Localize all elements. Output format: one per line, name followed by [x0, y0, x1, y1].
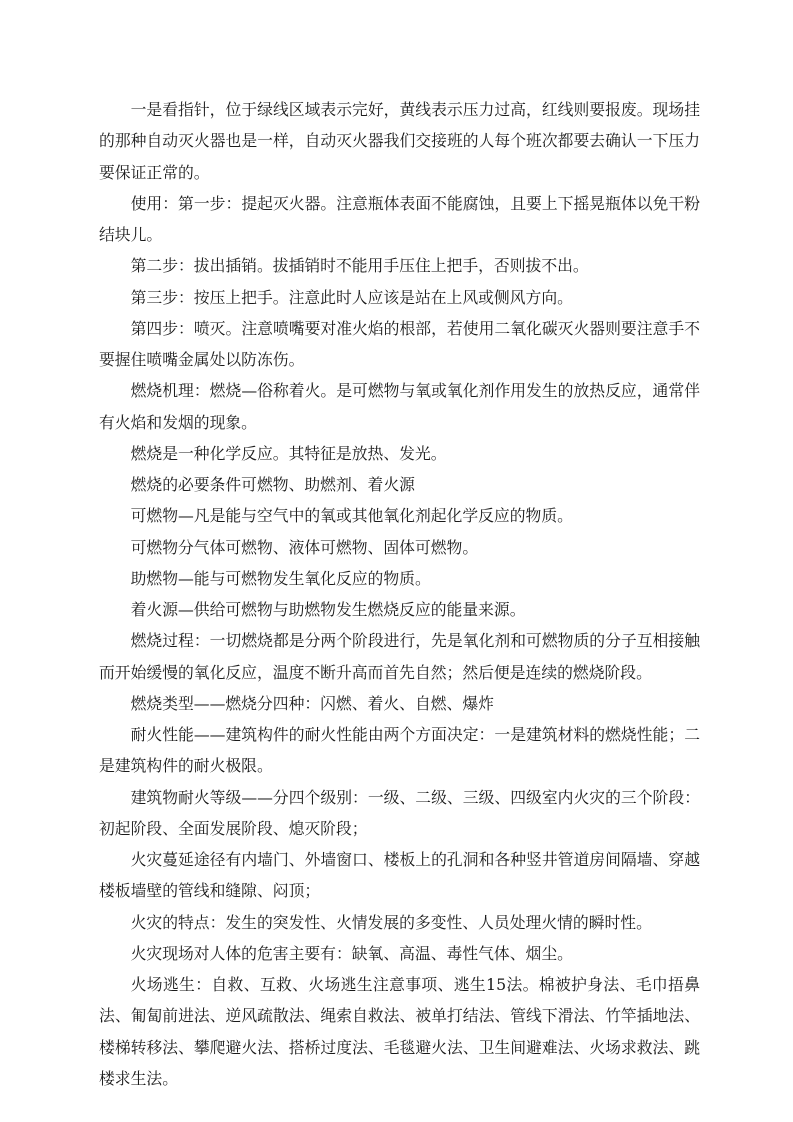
document-page: 一是看指针，位于绿线区域表示完好，黄线表示压力过高，红线则要报废。现场挂的那种自… [99, 94, 700, 1094]
paragraph-fire-spread: 火灾蔓延途径有内墙门、外墙窗口、楼板上的孔洞和各种竖井管道房间隔墙、穿越楼板墙壁… [99, 844, 700, 907]
paragraph-combustion-types: 燃烧类型——燃烧分四种：闪燃、着火、自燃、爆炸 [99, 688, 700, 719]
paragraph-combustible-types: 可燃物分气体可燃物、液体可燃物、固体可燃物。 [99, 532, 700, 563]
paragraph-fire-rating: 建筑物耐火等级——分四个级别：一级、二级、三级、四级室内火灾的三个阶段：初起阶段… [99, 782, 700, 845]
paragraph-usage-step-3: 第三步：按压上把手。注意此时人应该是站在上风或侧风方向。 [99, 282, 700, 313]
paragraph-fire-hazards: 火灾现场对人体的危害主要有：缺氧、高温、毒性气体、烟尘。 [99, 938, 700, 969]
paragraph-usage-step-1: 使用：第一步：提起灭火器。注意瓶体表面不能腐蚀，且要上下摇晃瓶体以免干粉结块儿。 [99, 188, 700, 251]
paragraph-usage-step-2: 第二步：拔出插销。拔插销时不能用手压住上把手，否则拔不出。 [99, 250, 700, 281]
paragraph-fire-characteristics: 火灾的特点：发生的突发性、火情发展的多变性、人员处理火情的瞬时性。 [99, 907, 700, 938]
paragraph-combustion-process: 燃烧过程：一切燃烧都是分两个阶段进行，先是氧化剂和可燃物质的分子互相接触而开始缓… [99, 625, 700, 688]
paragraph-ignition-source: 着火源—供给可燃物与助燃物发生燃烧反应的能量来源。 [99, 594, 700, 625]
paragraph-combustion-conditions: 燃烧的必要条件可燃物、助燃剂、着火源 [99, 469, 700, 500]
paragraph-fire-resistance: 耐火性能——建筑构件的耐火性能由两个方面决定：一是建筑材料的燃烧性能；二是建筑构… [99, 719, 700, 782]
paragraph-oxidizer-definition: 助燃物—能与可燃物发生氧化反应的物质。 [99, 563, 700, 594]
paragraph-extinguisher-gauge: 一是看指针，位于绿线区域表示完好，黄线表示压力过高，红线则要报废。现场挂的那种自… [99, 94, 700, 188]
paragraph-combustion-mechanism: 燃烧机理：燃烧—俗称着火。是可燃物与氧或氧化剂作用发生的放热反应，通常伴有火焰和… [99, 375, 700, 438]
paragraph-fire-escape: 火场逃生：自救、互救、火场逃生注意事项、逃生15法。棉被护身法、毛巾捂鼻法、匍匐… [99, 969, 700, 1094]
paragraph-combustible-definition: 可燃物—凡是能与空气中的氧或其他氧化剂起化学反应的物质。 [99, 500, 700, 531]
paragraph-combustion-nature: 燃烧是一种化学反应。其特征是放热、发光。 [99, 438, 700, 469]
paragraph-usage-step-4: 第四步：喷灭。注意喷嘴要对准火焰的根部，若使用二氧化碳灭火器则要注意手不要握住喷… [99, 313, 700, 376]
